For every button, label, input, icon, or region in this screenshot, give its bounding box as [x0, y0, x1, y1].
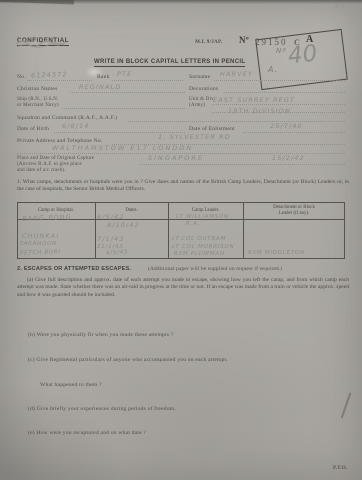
table-dates-entry: 7/1/43	[97, 235, 125, 243]
stamp-pencil-number: 40	[287, 41, 319, 70]
table-leader-entry: LT WILLIAMSON	[176, 214, 229, 220]
section-2d-text: (d) Give briefly your experiences during…	[28, 406, 176, 412]
section-2c-text: (c) Give Regimental particulars of anyon…	[28, 357, 228, 363]
stamp-pencil-a: A.	[268, 65, 278, 74]
rank-field-label: Rank	[97, 74, 110, 80]
unit-label-line1: Unit & Div.	[189, 97, 215, 102]
date-of-birth-label: Date of Birth	[17, 126, 49, 132]
address-value-line1: 1, SYLVESTER RD	[158, 133, 231, 141]
surname-field-label: Surname	[189, 74, 210, 80]
table-leader-entry: LT.COL OUTRAM	[172, 236, 226, 242]
enlistment-label: Date of Enlistment	[189, 126, 235, 132]
pto-label: P.T.O.	[333, 466, 347, 471]
field-rule	[214, 80, 345, 81]
squadron-label: Squadron and Command (R.A.F., A.A.F.)	[17, 115, 117, 121]
capture-label-line1: Place and Date of Original Capture	[17, 156, 94, 161]
form-no-sign: Nº	[239, 35, 249, 45]
capture-label-line2: (Aircrew R.A.F. to give place	[17, 162, 82, 167]
unit-value-line2: 18TH DIVISION	[228, 107, 291, 115]
decorations-label: Decorations	[189, 86, 218, 92]
field-rule	[243, 132, 345, 133]
corner-pencil-mark: Nº	[333, 2, 345, 12]
table-dates-entry: 6/5/42	[97, 213, 125, 221]
field-rule	[28, 80, 92, 81]
no-field-label: No.	[17, 74, 26, 80]
field-rule	[70, 92, 185, 93]
section-2-heading-note: (Additional paper will be supplied on re…	[148, 266, 282, 272]
unit-label-line2: (Army)	[189, 103, 205, 108]
christian-names-label: Christian Names	[17, 86, 57, 92]
section-2a-text: (a) Give full description and approx. da…	[17, 277, 349, 299]
table-dates-entry: 8/10/42	[107, 221, 140, 229]
no-field-value: 6124572	[31, 70, 68, 79]
instruction-heading: WRITE IN BLOCK CAPITAL LETTERS IN PENCIL	[94, 59, 245, 67]
pencil-mark-right-edge	[341, 392, 352, 418]
enlistment-value: 25/7/40	[270, 122, 303, 130]
section-2c2-text: What happened to them ?	[40, 382, 102, 388]
christian-names-value: REGINALD	[79, 83, 121, 91]
table-leader-entry: LT COL MORRISON	[172, 244, 234, 250]
capture-label-line3: and date of a/c crash).	[17, 168, 66, 173]
field-rule	[224, 92, 345, 93]
section-2-heading: 2. ESCAPES OR ATTEMPTED ESCAPES.	[17, 266, 131, 272]
field-rule	[128, 121, 345, 122]
address-value-line2: WALTHAMSTOW E17 LONDON	[52, 144, 193, 152]
capture-date-value: 15/2/42	[272, 154, 305, 162]
field-rule	[62, 108, 185, 109]
form-reference: M.I. 9/JAP.	[195, 39, 222, 45]
field-rule	[140, 164, 345, 165]
section-2e-text: (e) How were you recaptured and on what …	[28, 430, 146, 436]
field-rule	[112, 80, 183, 81]
table-leader-entry: RSM PLOWMAN	[174, 251, 225, 257]
unit-value-line1: EAST SURREY REGT	[213, 96, 295, 104]
stamp-pencil-no: Nº	[276, 47, 287, 55]
surname-field-value: HARVEY	[220, 70, 253, 78]
date-of-birth-value: 6/8/14	[62, 122, 90, 130]
table-camp-entry: BANG PONG	[22, 213, 72, 223]
scanned-form-page: CONFIDENTIAL M.I. 9/JAP. Nº 29150 C A Nº…	[0, 0, 362, 480]
capture-place-value: SINGAPORE	[148, 154, 204, 162]
table-detachment-entry: RSM MIDDLETON	[248, 250, 305, 256]
rank-field-value: PTE	[117, 70, 132, 78]
table-camp-entry: CHUNKAI	[22, 232, 59, 240]
field-rule	[212, 112, 345, 113]
section-2b-text: (b) Were you physically fit when you mad…	[28, 332, 174, 338]
ship-label-line1: Ship (R.N., U.S.N.	[17, 97, 58, 102]
pencil-scribble	[14, 36, 70, 50]
table-leader-entry: R.A.	[186, 221, 200, 227]
question-1-text: 1. What camps, detachments or hospitals …	[17, 179, 349, 194]
table-camp-entry: TAKANOON	[20, 241, 57, 247]
field-rule	[212, 104, 345, 105]
table-header-detachment-line2: Leader (if any).	[243, 211, 345, 217]
ship-label-line2: or Merchant Navy)	[17, 103, 59, 108]
